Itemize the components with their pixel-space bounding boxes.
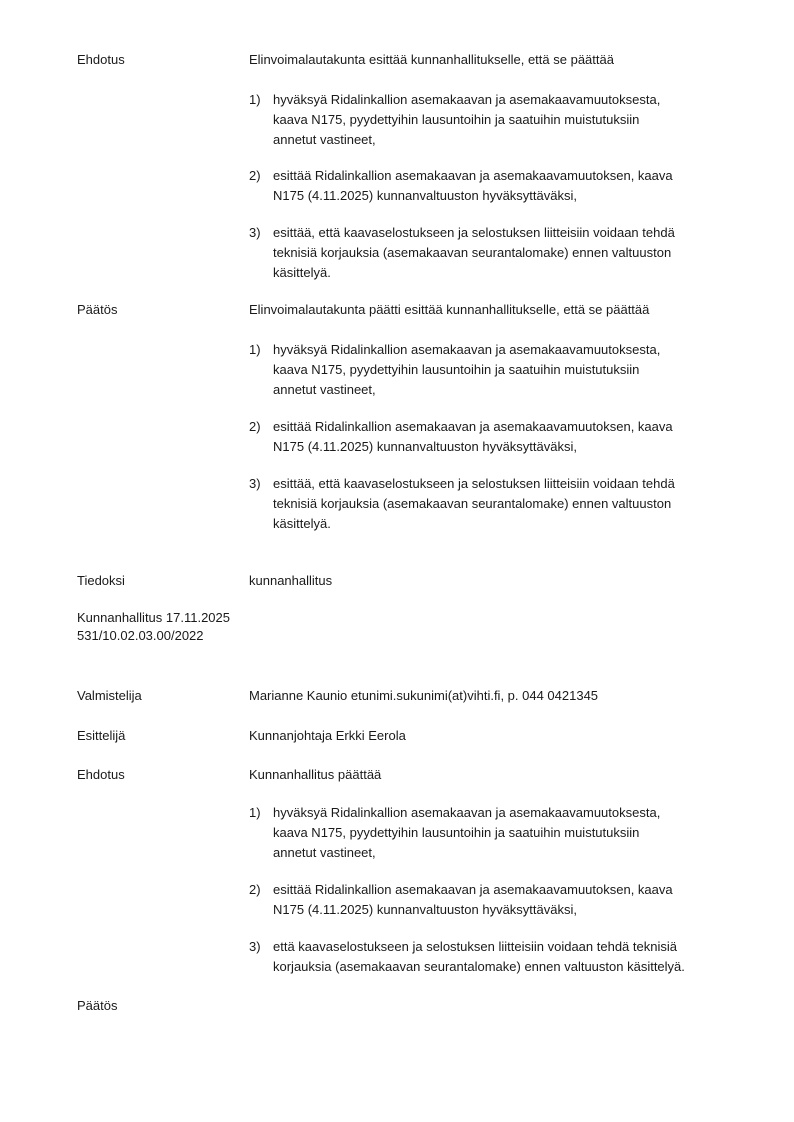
meeting-date: Kunnanhallitus 17.11.2025 <box>77 608 230 628</box>
list-item: 2) esittää Ridalinkallion asemakaavan ja… <box>249 166 749 206</box>
list-item: 2) esittää Ridalinkallion asemakaavan ja… <box>249 880 749 920</box>
section-label-esittelija: Esittelijä <box>77 726 125 746</box>
item-number: 2) <box>249 166 261 186</box>
item-line: esittää Ridalinkallion asemakaavan ja as… <box>273 880 749 900</box>
item-line: esittää, että kaavaselostukseen ja selos… <box>273 223 749 243</box>
item-line: korjauksia (asemakaavan seurantalomake) … <box>273 957 769 977</box>
section-label-ehdotus: Ehdotus <box>77 50 125 70</box>
item-line: että kaavaselostukseen ja selostuksen li… <box>273 937 769 957</box>
item-number: 1) <box>249 90 261 110</box>
case-number: 531/10.02.03.00/2022 <box>77 626 204 646</box>
item-number: 1) <box>249 340 261 360</box>
list-item: 2) esittää Ridalinkallion asemakaavan ja… <box>249 417 749 457</box>
presenter-value: Kunnanjohtaja Erkki Eerola <box>249 726 406 746</box>
list-item: 3) esittää, että kaavaselostukseen ja se… <box>249 474 749 534</box>
item-line: esittää, että kaavaselostukseen ja selos… <box>273 474 749 494</box>
item-line: käsittelyä. <box>273 263 749 283</box>
decision-intro: Elinvoimalautakunta päätti esittää kunna… <box>249 300 649 320</box>
item-line: N175 (4.11.2025) kunnanvaltuuston hyväks… <box>273 900 749 920</box>
proposal-intro: Elinvoimalautakunta esittää kunnanhallit… <box>249 50 614 70</box>
item-line: kaava N175, pyydettyihin lausuntoihin ja… <box>273 110 749 130</box>
item-number: 3) <box>249 223 261 243</box>
list-item: 3) esittää, että kaavaselostukseen ja se… <box>249 223 749 283</box>
item-line: teknisiä korjauksia (asemakaavan seurant… <box>273 243 749 263</box>
proposal-intro-2: Kunnanhallitus päättää <box>249 765 381 785</box>
section-label-ehdotus-2: Ehdotus <box>77 765 125 785</box>
list-item: 1) hyväksyä Ridalinkallion asemakaavan j… <box>249 803 749 863</box>
item-number: 3) <box>249 937 261 957</box>
item-line: annetut vastineet, <box>273 843 749 863</box>
list-item: 3) että kaavaselostukseen ja selostuksen… <box>249 937 769 977</box>
item-line: teknisiä korjauksia (asemakaavan seurant… <box>273 494 749 514</box>
tiedoksi-value: kunnanhallitus <box>249 571 332 591</box>
item-number: 2) <box>249 417 261 437</box>
item-line: annetut vastineet, <box>273 380 749 400</box>
item-number: 1) <box>249 803 261 823</box>
item-line: esittää Ridalinkallion asemakaavan ja as… <box>273 166 749 186</box>
item-number: 3) <box>249 474 261 494</box>
item-line: hyväksyä Ridalinkallion asemakaavan ja a… <box>273 340 749 360</box>
list-item: 1) hyväksyä Ridalinkallion asemakaavan j… <box>249 90 749 150</box>
item-line: kaava N175, pyydettyihin lausuntoihin ja… <box>273 360 749 380</box>
section-label-tiedoksi: Tiedoksi <box>77 571 125 591</box>
section-label-paatos-2: Päätös <box>77 996 117 1016</box>
item-line: kaava N175, pyydettyihin lausuntoihin ja… <box>273 823 749 843</box>
item-line: hyväksyä Ridalinkallion asemakaavan ja a… <box>273 90 749 110</box>
item-line: N175 (4.11.2025) kunnanvaltuuston hyväks… <box>273 437 749 457</box>
item-line: annetut vastineet, <box>273 130 749 150</box>
list-item: 1) hyväksyä Ridalinkallion asemakaavan j… <box>249 340 749 400</box>
item-line: hyväksyä Ridalinkallion asemakaavan ja a… <box>273 803 749 823</box>
item-number: 2) <box>249 880 261 900</box>
item-line: N175 (4.11.2025) kunnanvaltuuston hyväks… <box>273 186 749 206</box>
item-line: esittää Ridalinkallion asemakaavan ja as… <box>273 417 749 437</box>
section-label-valmistelija: Valmistelija <box>77 686 142 706</box>
item-line: käsittelyä. <box>273 514 749 534</box>
preparer-value: Marianne Kaunio etunimi.sukunimi(at)viht… <box>249 686 598 706</box>
section-label-paatos: Päätös <box>77 300 117 320</box>
